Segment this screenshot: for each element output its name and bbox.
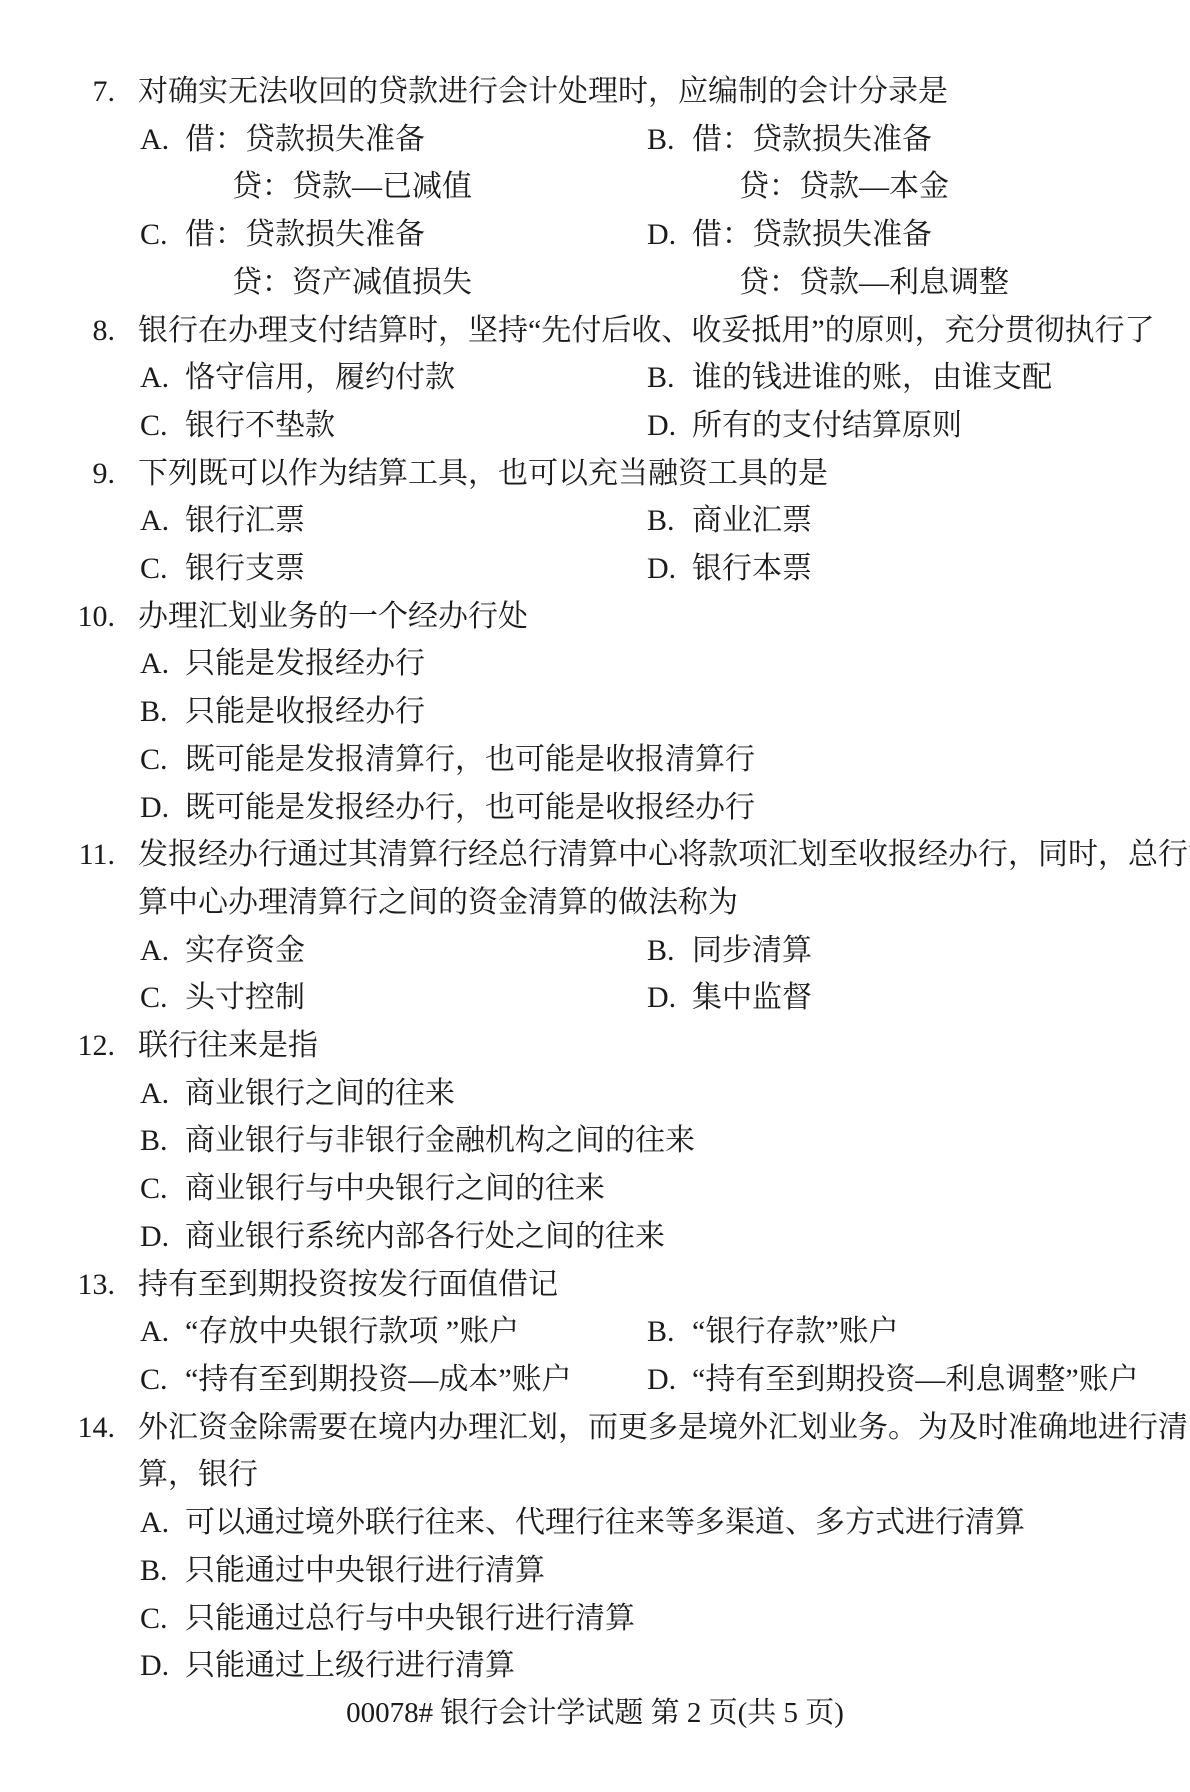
question: 8.银行在办理支付结算时，坚持“先付后收、收妥抵用”的原则，充分贯彻执行了A.恪…: [0, 307, 1190, 450]
question-number: [0, 879, 115, 927]
option-text: 银行汇票: [185, 504, 305, 537]
question-stem-text: 持有至到期投资按发行面值借记: [138, 1261, 558, 1309]
option-line: A.恪守信用，履约付款: [140, 354, 647, 402]
option-subline: 贷：贷款—本金: [739, 163, 1154, 211]
option: C.只能通过总行与中央银行进行清算: [140, 1595, 1190, 1643]
option: A.只能是发报经办行: [140, 640, 1190, 688]
question: 9.下列既可以作为结算工具，也可以充当融资工具的是A.银行汇票B.商业汇票C.银…: [0, 450, 1190, 593]
option-text: 商业银行与中央银行之间的往来: [185, 1165, 605, 1213]
option: A.实存资金: [140, 927, 647, 975]
option-subline: 贷：贷款—已减值: [232, 163, 647, 211]
option-label: D.: [140, 784, 185, 832]
option-label: D.: [647, 545, 692, 593]
option-line: B.谁的钱进谁的账，由谁支配: [647, 354, 1154, 402]
option-line: D.银行本票: [647, 545, 1154, 593]
option-text: 同步清算: [692, 934, 812, 967]
option-line: C.头寸控制: [140, 974, 647, 1022]
option-text: 借：贷款损失准备: [185, 218, 425, 251]
option-text: 既可能是发报经办行，也可能是收报经办行: [185, 784, 755, 832]
option-label: D.: [647, 211, 692, 259]
question-number: 7.: [0, 68, 115, 116]
option-label: B.: [140, 1117, 185, 1165]
question-stem-row: 算，银行: [0, 1451, 1190, 1499]
option-label: C.: [140, 1356, 185, 1404]
option-text: 借：贷款损失准备: [185, 123, 425, 156]
options-row: A.借：贷款损失准备贷：贷款—已减值B.借：贷款损失准备贷：贷款—本金: [140, 116, 1190, 211]
option: D.银行本票: [647, 545, 1154, 593]
options-row: C.银行不垫款D.所有的支付结算原则: [140, 402, 1190, 450]
options-row: C.借：贷款损失准备贷：资产减值损失D.借：贷款损失准备贷：贷款—利息调整: [140, 211, 1190, 306]
option-text: 谁的钱进谁的账，由谁支配: [692, 361, 1052, 394]
option: B.只能是收报经办行: [140, 688, 1190, 736]
option-label: D.: [140, 1213, 185, 1261]
option-line: B.“银行存款”账户: [647, 1308, 1154, 1356]
option-line: D.借：贷款损失准备: [647, 211, 1154, 259]
option-label: B.: [140, 1547, 185, 1595]
option-line: A.实存资金: [140, 927, 647, 975]
question: 11.发报经办行通过其清算行经总行清算中心将款项汇划至收报经办行，同时，总行清算…: [0, 831, 1190, 1022]
option-line: C.“持有至到期投资—成本”账户: [140, 1356, 647, 1404]
option-line: C.银行支票: [140, 545, 647, 593]
question-number: 9.: [0, 450, 115, 498]
exam-page: 7.对确实无法收回的贷款进行会计处理时，应编制的会计分录是A.借：贷款损失准备贷…: [0, 0, 1190, 1792]
option: D.只能通过上级行进行清算: [140, 1642, 1190, 1690]
option: C.头寸控制: [140, 974, 647, 1022]
option-label: C.: [140, 736, 185, 784]
question-stem-row: 算中心办理清算行之间的资金清算的做法称为: [0, 879, 1190, 927]
option: B.借：贷款损失准备贷：贷款—本金: [647, 116, 1154, 211]
option-line: C.银行不垫款: [140, 402, 647, 450]
option-label: B.: [647, 354, 692, 402]
question-number: [0, 1451, 115, 1499]
option-text: “持有至到期投资—成本”账户: [185, 1363, 572, 1396]
question-stem-text: 算，银行: [138, 1451, 258, 1499]
options-row: C.“持有至到期投资—成本”账户D.“持有至到期投资—利息调整”账户: [140, 1356, 1190, 1404]
question-stem-text: 外汇资金除需要在境内办理汇划，而更多是境外汇划业务。为及时准确地进行清: [138, 1404, 1188, 1452]
option-label: A.: [140, 497, 185, 545]
option-text: 商业银行与非银行金融机构之间的往来: [185, 1117, 695, 1165]
option: C.既可能是发报清算行，也可能是收报清算行: [140, 736, 1190, 784]
option-label: B.: [647, 116, 692, 164]
option-text: 银行不垫款: [185, 409, 335, 442]
option-text: 实存资金: [185, 934, 305, 967]
option-label: C.: [140, 1595, 185, 1643]
option-label: D.: [647, 1356, 692, 1404]
option: B.商业银行与非银行金融机构之间的往来: [140, 1117, 1190, 1165]
options-row: C.头寸控制D.集中监督: [140, 974, 1190, 1022]
question-stem-row: 9.下列既可以作为结算工具，也可以充当融资工具的是: [0, 450, 1190, 498]
option-label: C.: [140, 1165, 185, 1213]
option-label: A.: [140, 354, 185, 402]
option: A.借：贷款损失准备贷：贷款—已减值: [140, 116, 647, 211]
option: D.集中监督: [647, 974, 1154, 1022]
option-subline: 贷：贷款—利息调整: [739, 259, 1154, 307]
options-row: C.银行支票D.银行本票: [140, 545, 1190, 593]
option-line: B.借：贷款损失准备: [647, 116, 1154, 164]
options-row: A.银行汇票B.商业汇票: [140, 497, 1190, 545]
option: B.只能通过中央银行进行清算: [140, 1547, 1190, 1595]
question-stem-row: 7.对确实无法收回的贷款进行会计处理时，应编制的会计分录是: [0, 68, 1190, 116]
option-line: D.所有的支付结算原则: [647, 402, 1154, 450]
question: 12.联行往来是指A.商业银行之间的往来B.商业银行与非银行金融机构之间的往来C…: [0, 1022, 1190, 1261]
question: 14.外汇资金除需要在境内办理汇划，而更多是境外汇划业务。为及时准确地进行清算，…: [0, 1404, 1190, 1690]
option-line: A.“存放中央银行款项 ”账户: [140, 1308, 647, 1356]
question-stem-text: 下列既可以作为结算工具，也可以充当融资工具的是: [138, 450, 828, 498]
option: C.“持有至到期投资—成本”账户: [140, 1356, 647, 1404]
option-label: C.: [140, 974, 185, 1022]
option-label: C.: [140, 402, 185, 450]
question-stem-text: 联行往来是指: [138, 1022, 318, 1070]
option-text: 银行支票: [185, 552, 305, 585]
question-number: 13.: [0, 1261, 115, 1309]
option: C.银行不垫款: [140, 402, 647, 450]
question-stem-row: 10.办理汇划业务的一个经办行处: [0, 593, 1190, 641]
option: D.既可能是发报经办行，也可能是收报经办行: [140, 784, 1190, 832]
option: A.商业银行之间的往来: [140, 1070, 1190, 1118]
option: D.“持有至到期投资—利息调整”账户: [647, 1356, 1154, 1404]
option-label: B.: [647, 927, 692, 975]
option-text: 商业汇票: [692, 504, 812, 537]
options-row: A.恪守信用，履约付款B.谁的钱进谁的账，由谁支配: [140, 354, 1190, 402]
question-stem-row: 14.外汇资金除需要在境内办理汇划，而更多是境外汇划业务。为及时准确地进行清: [0, 1404, 1190, 1452]
option-line: C.借：贷款损失准备: [140, 211, 647, 259]
option: A.银行汇票: [140, 497, 647, 545]
option-text: “持有至到期投资—利息调整”账户: [692, 1363, 1139, 1396]
option-label: A.: [140, 927, 185, 975]
option-text: 所有的支付结算原则: [692, 409, 962, 442]
question-stem-row: 13.持有至到期投资按发行面值借记: [0, 1261, 1190, 1309]
option: D.所有的支付结算原则: [647, 402, 1154, 450]
options-row: A.实存资金B.同步清算: [140, 927, 1190, 975]
option: B.同步清算: [647, 927, 1154, 975]
option-line: B.商业汇票: [647, 497, 1154, 545]
option-line: A.借：贷款损失准备: [140, 116, 647, 164]
option-text: 只能是发报经办行: [185, 640, 425, 688]
option-text: 既可能是发报清算行，也可能是收报清算行: [185, 736, 755, 784]
option-text: 可以通过境外联行往来、代理行往来等多渠道、多方式进行清算: [185, 1499, 1025, 1547]
question-number: 10.: [0, 593, 115, 641]
question-stem-text: 对确实无法收回的贷款进行会计处理时，应编制的会计分录是: [138, 68, 948, 116]
question-number: 14.: [0, 1404, 115, 1452]
option-label: C.: [140, 211, 185, 259]
option-text: 商业银行系统内部各行处之间的往来: [185, 1213, 665, 1261]
question-stem-text: 发报经办行通过其清算行经总行清算中心将款项汇划至收报经办行，同时，总行清: [138, 831, 1190, 879]
option-label: D.: [647, 974, 692, 1022]
page-footer: 00078# 银行会计学试题 第 2 页(共 5 页): [0, 1690, 1190, 1738]
question: 7.对确实无法收回的贷款进行会计处理时，应编制的会计分录是A.借：贷款损失准备贷…: [0, 68, 1190, 307]
option: D.借：贷款损失准备贷：贷款—利息调整: [647, 211, 1154, 306]
option: A.恪守信用，履约付款: [140, 354, 647, 402]
option-label: A.: [140, 1070, 185, 1118]
option-line: D.集中监督: [647, 974, 1154, 1022]
option: B.“银行存款”账户: [647, 1308, 1154, 1356]
question-number: 12.: [0, 1022, 115, 1070]
option-label: C.: [140, 545, 185, 593]
option-text: 只能通过中央银行进行清算: [185, 1547, 545, 1595]
option-text: 恪守信用，履约付款: [185, 361, 455, 394]
option: D.商业银行系统内部各行处之间的往来: [140, 1213, 1190, 1261]
option: C.商业银行与中央银行之间的往来: [140, 1165, 1190, 1213]
question-stem-text: 办理汇划业务的一个经办行处: [138, 593, 528, 641]
option-text: 借：贷款损失准备: [692, 123, 932, 156]
question: 10.办理汇划业务的一个经办行处A.只能是发报经办行B.只能是收报经办行C.既可…: [0, 593, 1190, 832]
option-label: A.: [140, 116, 185, 164]
question-number: 11.: [0, 831, 115, 879]
option-text: 只能通过上级行进行清算: [185, 1642, 515, 1690]
option-line: A.银行汇票: [140, 497, 647, 545]
option: A.可以通过境外联行往来、代理行往来等多渠道、多方式进行清算: [140, 1499, 1190, 1547]
option-text: 集中监督: [692, 981, 812, 1014]
option-label: A.: [140, 1499, 185, 1547]
option-label: B.: [647, 1308, 692, 1356]
option: A.“存放中央银行款项 ”账户: [140, 1308, 647, 1356]
option: C.借：贷款损失准备贷：资产减值损失: [140, 211, 647, 306]
option-label: A.: [140, 640, 185, 688]
option: C.银行支票: [140, 545, 647, 593]
question-stem-text: 算中心办理清算行之间的资金清算的做法称为: [138, 879, 738, 927]
option-label: D.: [140, 1642, 185, 1690]
option-label: A.: [140, 1308, 185, 1356]
option: B.谁的钱进谁的账，由谁支配: [647, 354, 1154, 402]
option-subline: 贷：资产减值损失: [232, 259, 647, 307]
option-text: “银行存款”账户: [692, 1315, 899, 1348]
option-text: 商业银行之间的往来: [185, 1070, 455, 1118]
option-line: D.“持有至到期投资—利息调整”账户: [647, 1356, 1154, 1404]
question-stem-row: 11.发报经办行通过其清算行经总行清算中心将款项汇划至收报经办行，同时，总行清: [0, 831, 1190, 879]
question-stem-row: 8.银行在办理支付结算时，坚持“先付后收、收妥抵用”的原则，充分贯彻执行了: [0, 307, 1190, 355]
question-stem-row: 12.联行往来是指: [0, 1022, 1190, 1070]
option-line: B.同步清算: [647, 927, 1154, 975]
option: B.商业汇票: [647, 497, 1154, 545]
option-text: “存放中央银行款项 ”账户: [185, 1315, 519, 1348]
option-text: 只能是收报经办行: [185, 688, 425, 736]
question-stem-text: 银行在办理支付结算时，坚持“先付后收、收妥抵用”的原则，充分贯彻执行了: [138, 307, 1155, 355]
option-text: 借：贷款损失准备: [692, 218, 932, 251]
option-text: 头寸控制: [185, 981, 305, 1014]
option-label: B.: [140, 688, 185, 736]
option-text: 银行本票: [692, 552, 812, 585]
questions: 7.对确实无法收回的贷款进行会计处理时，应编制的会计分录是A.借：贷款损失准备贷…: [0, 0, 1190, 1690]
option-label: B.: [647, 497, 692, 545]
options-row: A.“存放中央银行款项 ”账户B.“银行存款”账户: [140, 1308, 1190, 1356]
question: 13.持有至到期投资按发行面值借记A.“存放中央银行款项 ”账户B.“银行存款”…: [0, 1261, 1190, 1404]
question-number: 8.: [0, 307, 115, 355]
option-label: D.: [647, 402, 692, 450]
option-text: 只能通过总行与中央银行进行清算: [185, 1595, 635, 1643]
